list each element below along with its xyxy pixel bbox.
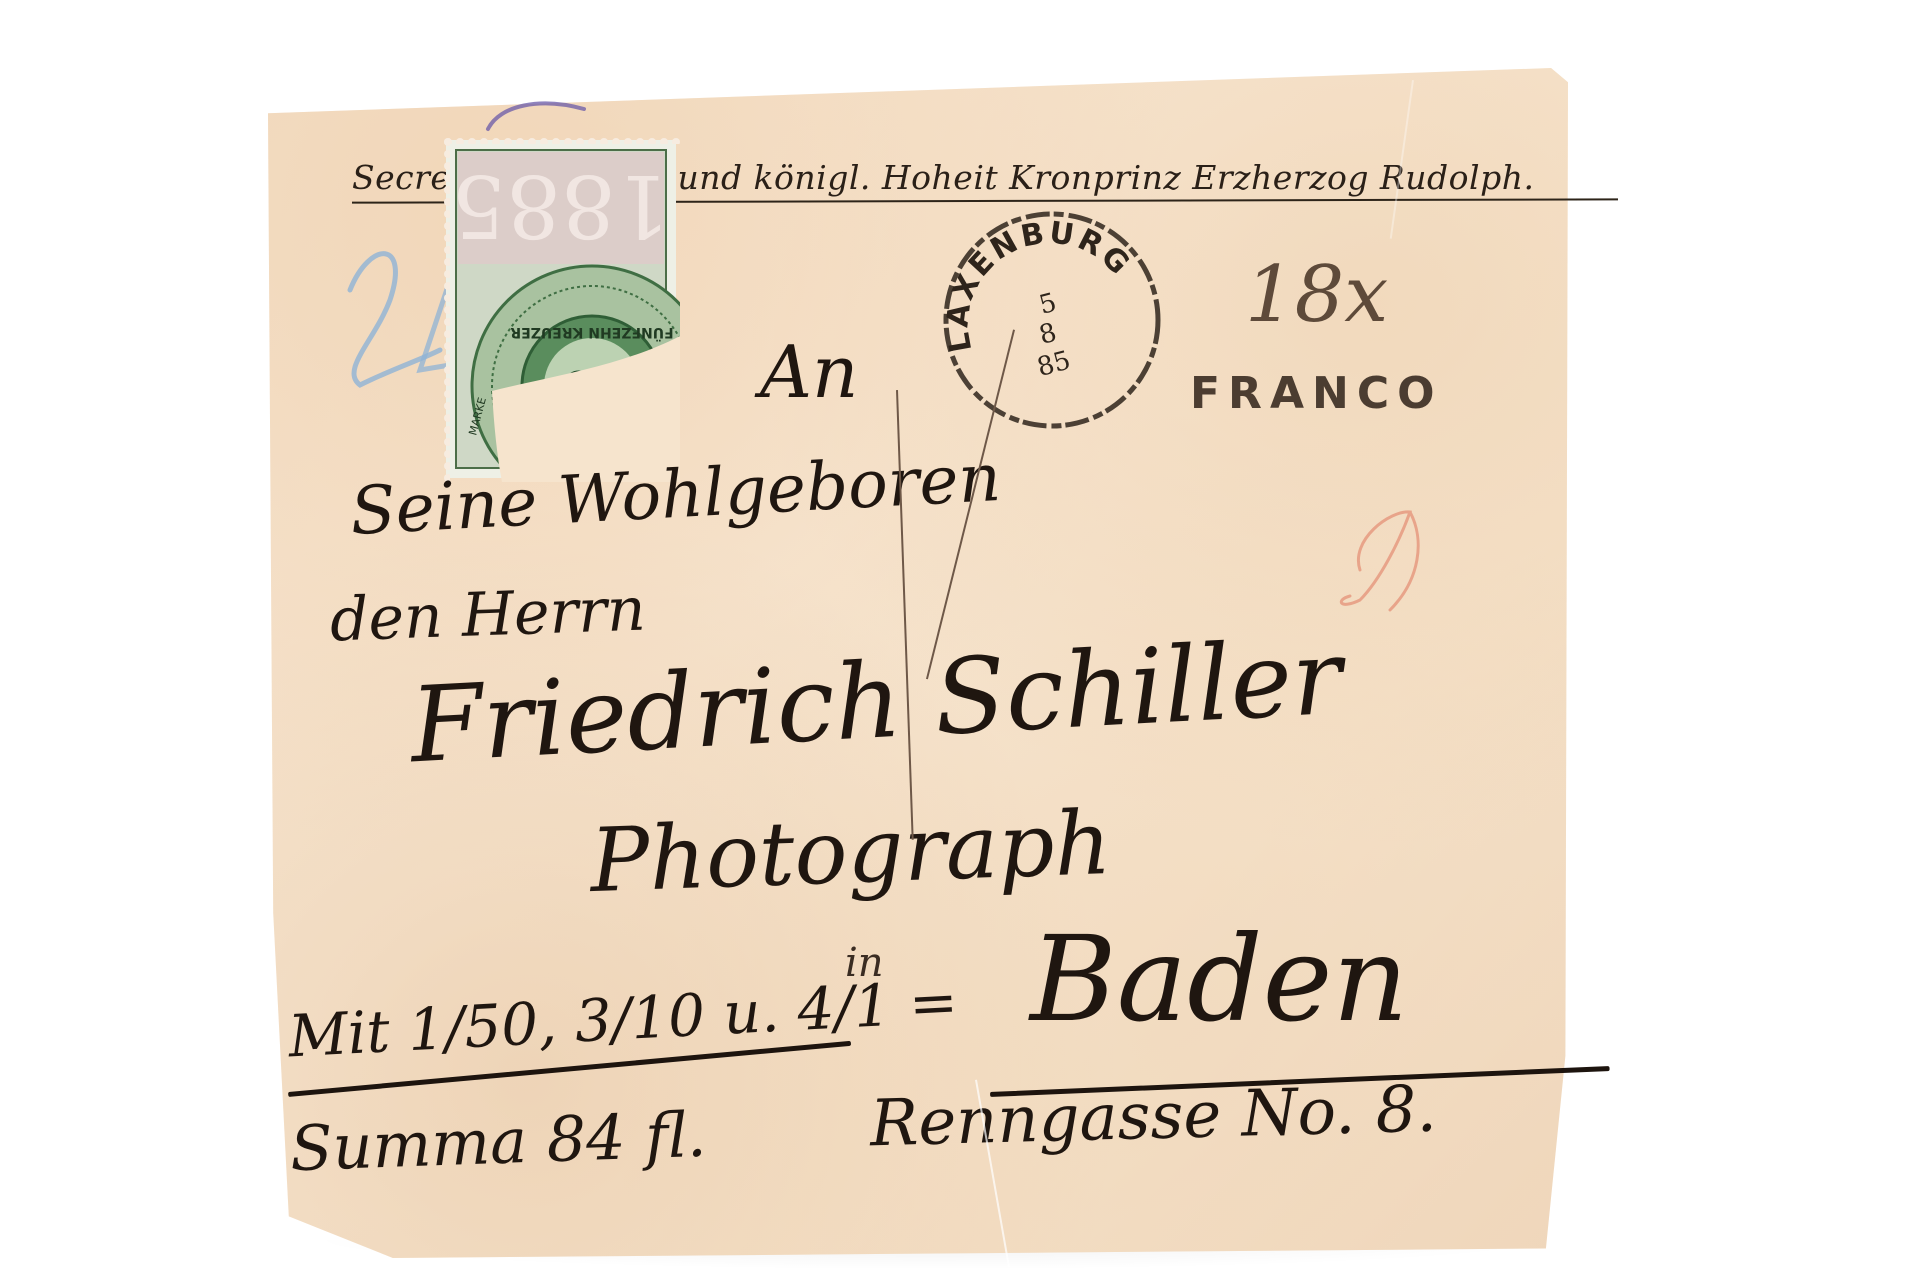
address-salutation: An [760, 330, 858, 414]
svg-text:8: 8 [1036, 318, 1060, 351]
svg-text:FÜNFZEHN KREUZER: FÜNFZEHN KREUZER [510, 324, 674, 342]
addressee-profession: Photograph [588, 791, 1112, 912]
photo-scene: Secre und königl. Hoheit Kronprinz Erzhe… [0, 0, 1920, 1280]
svg-text:85: 85 [1034, 346, 1074, 384]
address-city: Baden [1030, 910, 1408, 1048]
svg-text:1885: 1885 [452, 155, 671, 255]
franco-handstamp: FRANCO [1190, 368, 1443, 419]
revenue-stamp: 1885 15 FÜNFZEHN KREUZER MARKE [442, 136, 680, 482]
violet-cancel-mark [480, 95, 590, 135]
address-street: Renngasse No. 8. [869, 1073, 1437, 1162]
svg-text:5: 5 [1036, 288, 1060, 321]
postage-rate-note: 18x [1245, 250, 1388, 340]
contents-note-total: Summa 84 fl. [289, 1098, 708, 1185]
address-title: den Herrn [329, 575, 647, 656]
red-crayon-mark [1330, 500, 1440, 640]
letterhead-right: und königl. Hoheit Kronprinz Erzherzog R… [677, 158, 1534, 197]
letterhead-left: Secre [352, 158, 450, 197]
laxenburg-postmark: LAXENBURG 5 8 85 [932, 200, 1172, 440]
